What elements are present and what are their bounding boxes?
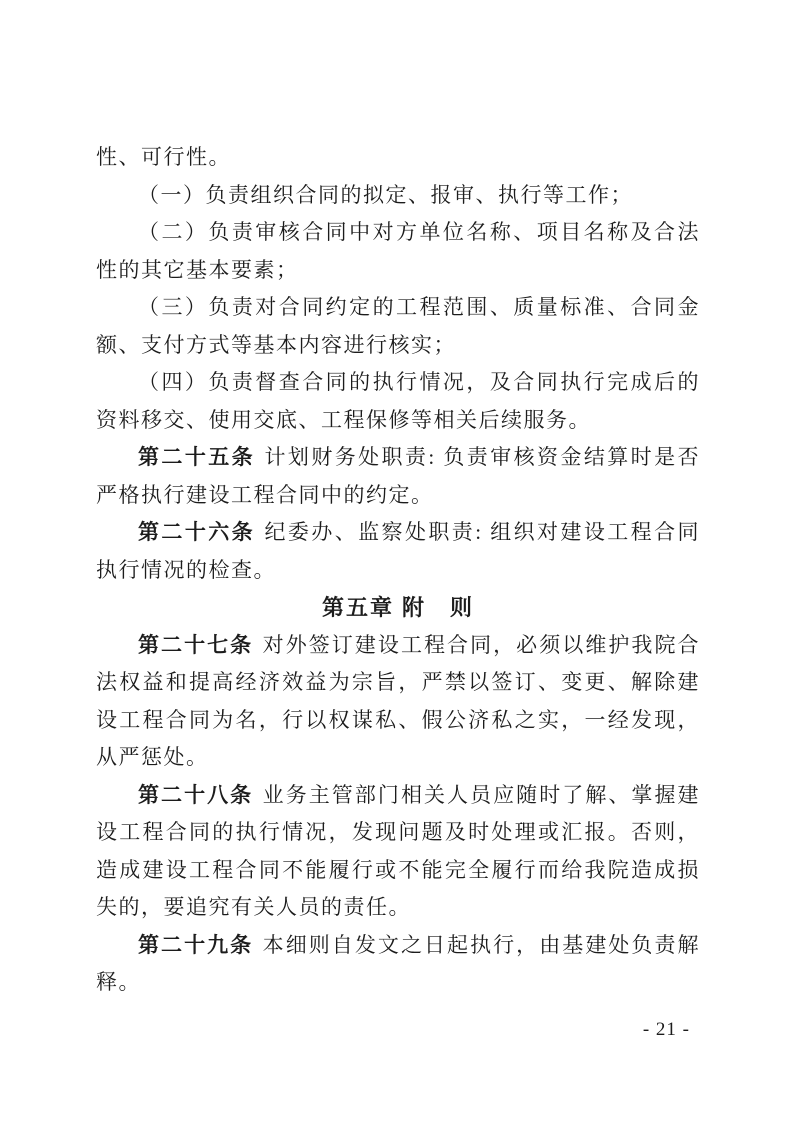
paragraph-text: （三）负责对合同约定的工程范围、质量标准、合同金额、支付方式等基本内容进行核实； xyxy=(96,295,700,357)
list-item-2: （二）负责审核合同中对方单位名称、项目名称及合法性的其它基本要素； xyxy=(96,214,700,289)
paragraph-text: （二）负责审核合同中对方单位名称、项目名称及合法性的其它基本要素； xyxy=(96,220,700,282)
article-number: 第二十七条 xyxy=(138,634,253,657)
article-25: 第二十五条计划财务处职责: 负责审核资金结算时是否严格执行建设工程合同中的约定。 xyxy=(96,439,700,514)
chapter-heading: 第五章 附 则 xyxy=(96,589,700,627)
article-27: 第二十七条对外签订建设工程合同，必须以维护我院合法权益和提高经济效益为宗旨，严禁… xyxy=(96,627,700,777)
article-29: 第二十九条本细则自发文之日起执行，由基建处负责解释。 xyxy=(96,927,700,1002)
article-number: 第二十六条 xyxy=(138,521,255,544)
paragraph-text: （四）负责督查合同的执行情况，及合同执行完成后的资料移交、使用交底、工程保修等相… xyxy=(96,370,700,432)
article-26: 第二十六条纪委办、监察处职责: 组织对建设工程合同执行情况的检查。 xyxy=(96,514,700,589)
paragraph-text: （一）负责组织合同的拟定、报审、执行等工作； xyxy=(138,183,633,207)
article-28: 第二十八条业务主管部门相关人员应随时了解、掌握建设工程合同的执行情况，发现问题及… xyxy=(96,777,700,927)
document-body: 性、可行性。 （一）负责组织合同的拟定、报审、执行等工作； （二）负责审核合同中… xyxy=(96,139,700,1002)
list-item-3: （三）负责对合同约定的工程范围、质量标准、合同金额、支付方式等基本内容进行核实； xyxy=(96,289,700,364)
paragraph-text: 性、可行性。 xyxy=(96,145,231,169)
list-item-4: （四）负责督查合同的执行情况，及合同执行完成后的资料移交、使用交底、工程保修等相… xyxy=(96,364,700,439)
article-number: 第二十五条 xyxy=(138,446,255,469)
article-number: 第二十九条 xyxy=(138,934,253,957)
paragraph-continuation: 性、可行性。 xyxy=(96,139,700,177)
list-item-1: （一）负责组织合同的拟定、报审、执行等工作； xyxy=(96,177,700,215)
article-number: 第二十八条 xyxy=(138,784,253,807)
page-number: - 21 - xyxy=(643,1019,690,1041)
document-page: 性、可行性。 （一）负责组织合同的拟定、报审、执行等工作； （二）负责审核合同中… xyxy=(0,0,794,1123)
